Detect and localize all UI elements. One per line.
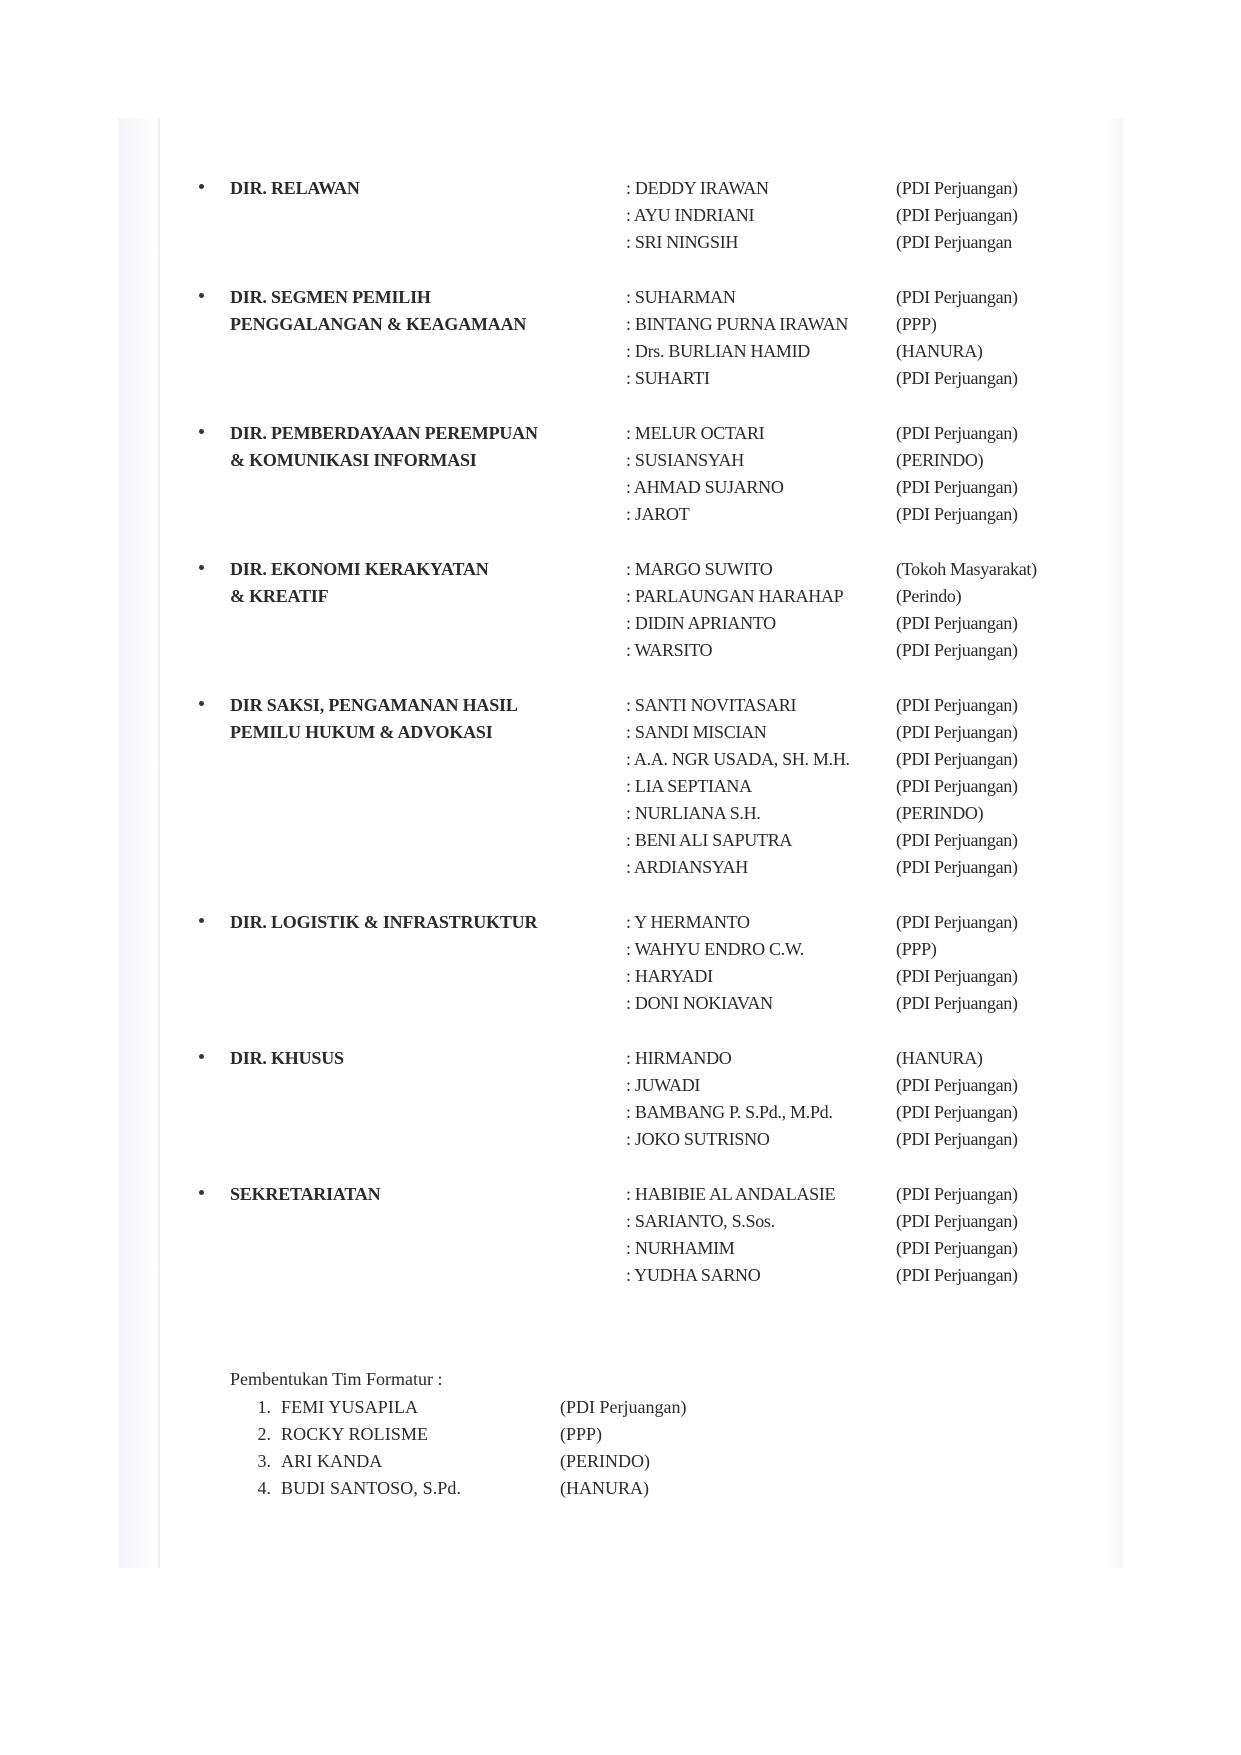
member-name: : MARGO SUWITO (626, 556, 896, 583)
member-party: (PDI Perjuangan) (896, 963, 1018, 990)
formatur-party: (PDI Perjuangan) (560, 1394, 686, 1421)
member-party: (PDI Perjuangan) (896, 175, 1018, 202)
bullet-icon (199, 293, 204, 298)
member-name: : BAMBANG P. S.Pd., M.Pd. (626, 1099, 896, 1126)
member-row: : JUWADI(PDI Perjuangan) (626, 1072, 1018, 1099)
member-party: (HANURA) (896, 338, 983, 365)
formatur-party: (PERINDO) (560, 1448, 650, 1475)
bullet-icon (199, 1054, 204, 1059)
member-list: : HIRMANDO(HANURA): JUWADI(PDI Perjuanga… (626, 1045, 1018, 1153)
member-party: (PDI Perjuangan) (896, 501, 1018, 528)
bullet-icon (199, 1190, 204, 1195)
member-row: : SARIANTO, S.Sos.(PDI Perjuangan) (626, 1208, 1018, 1235)
member-name: : SUSIANSYAH (626, 447, 896, 474)
member-row: : YUDHA SARNO(PDI Perjuangan) (626, 1262, 1018, 1289)
directorate-section: DIR. PEMBERDAYAAN PEREMPUAN& KOMUNIKASI … (0, 420, 1241, 528)
member-party: (PDI Perjuangan) (896, 637, 1018, 664)
formatur-name: BUDI SANTOSO, S.Pd. (281, 1475, 560, 1502)
directorate-title-line: DIR. KHUSUS (230, 1045, 610, 1072)
member-party: (HANURA) (896, 1045, 983, 1072)
directorate-section: DIR. RELAWAN: DEDDY IRAWAN(PDI Perjuanga… (0, 175, 1241, 256)
member-party: (PDI Perjuangan) (896, 746, 1018, 773)
formatur-party: (HANURA) (560, 1475, 649, 1502)
member-row: : DEDDY IRAWAN(PDI Perjuangan) (626, 175, 1018, 202)
directorate-section: DIR. LOGISTIK & INFRASTRUKTUR: Y HERMANT… (0, 909, 1241, 1017)
member-list: : MARGO SUWITO(Tokoh Masyarakat): PARLAU… (626, 556, 1037, 664)
member-row: : WARSITO(PDI Perjuangan) (626, 637, 1037, 664)
member-row: : NURHAMIM(PDI Perjuangan) (626, 1235, 1018, 1262)
member-row: : DONI NOKIAVAN(PDI Perjuangan) (626, 990, 1018, 1017)
formatur-item: 3.ARI KANDA(PERINDO) (230, 1448, 686, 1475)
directorate-title: DIR. KHUSUS (230, 1045, 610, 1072)
member-party: (PDI Perjuangan) (896, 202, 1018, 229)
bullet-icon (199, 701, 204, 706)
bullet-icon (199, 565, 204, 570)
directorate-title-line: DIR. RELAWAN (230, 175, 610, 202)
member-row: : WAHYU ENDRO C.W.(PPP) (626, 936, 1018, 963)
member-name: : LIA SEPTIANA (626, 773, 896, 800)
directorate-title: SEKRETARIATAN (230, 1181, 610, 1208)
member-party: (PDI Perjuangan) (896, 773, 1018, 800)
formatur-party: (PPP) (560, 1421, 602, 1448)
directorate-title: DIR. PEMBERDAYAAN PEREMPUAN& KOMUNIKASI … (230, 420, 610, 474)
member-row: : BENI ALI SAPUTRA(PDI Perjuangan) (626, 827, 1018, 854)
member-party: (PDI Perjuangan) (896, 1235, 1018, 1262)
member-row: : SUSIANSYAH(PERINDO) (626, 447, 1018, 474)
member-name: : SANDI MISCIAN (626, 719, 896, 746)
member-row: : JOKO SUTRISNO(PDI Perjuangan) (626, 1126, 1018, 1153)
formatur-title: Pembentukan Tim Formatur : (230, 1366, 686, 1393)
directorate-section: DIR. KHUSUS: HIRMANDO(HANURA): JUWADI(PD… (0, 1045, 1241, 1153)
directorate-title-line: DIR. PEMBERDAYAAN PEREMPUAN (230, 420, 610, 447)
directorate-section: DIR. SEGMEN PEMILIHPENGGALANGAN & KEAGAM… (0, 284, 1241, 392)
member-party: (PERINDO) (896, 800, 983, 827)
member-name: : SARIANTO, S.Sos. (626, 1208, 896, 1235)
member-name: : JAROT (626, 501, 896, 528)
member-row: : SUHARMAN(PDI Perjuangan) (626, 284, 1018, 311)
member-name: : JUWADI (626, 1072, 896, 1099)
formatur-number: 4. (241, 1475, 271, 1502)
member-row: : SANDI MISCIAN(PDI Perjuangan) (626, 719, 1018, 746)
member-name: : SANTI NOVITASARI (626, 692, 896, 719)
member-party: (PDI Perjuangan) (896, 474, 1018, 501)
directorate-title: DIR SAKSI, PENGAMANAN HASILPEMILU HUKUM … (230, 692, 610, 746)
member-row: : DIDIN APRIANTO(PDI Perjuangan) (626, 610, 1037, 637)
member-name: : WAHYU ENDRO C.W. (626, 936, 896, 963)
member-name: : WARSITO (626, 637, 896, 664)
member-row: : HIRMANDO(HANURA) (626, 1045, 1018, 1072)
member-row: : A.A. NGR USADA, SH. M.H.(PDI Perjuanga… (626, 746, 1018, 773)
formatur-number: 1. (241, 1394, 271, 1421)
bullet-icon (199, 429, 204, 434)
member-party: (PPP) (896, 311, 937, 338)
member-row: : ARDIANSYAH(PDI Perjuangan) (626, 854, 1018, 881)
member-name: : NURLIANA S.H. (626, 800, 896, 827)
member-name: : DIDIN APRIANTO (626, 610, 896, 637)
member-party: (PDI Perjuangan (896, 229, 1012, 256)
member-list: : DEDDY IRAWAN(PDI Perjuangan): AYU INDR… (626, 175, 1018, 256)
member-list: : HABIBIE AL ANDALASIE(PDI Perjuangan): … (626, 1181, 1018, 1289)
member-name: : BINTANG PURNA IRAWAN (626, 311, 896, 338)
member-row: : HABIBIE AL ANDALASIE(PDI Perjuangan) (626, 1181, 1018, 1208)
formatur-name: ARI KANDA (281, 1448, 560, 1475)
formatur-item: 2.ROCKY ROLISME(PPP) (230, 1421, 686, 1448)
member-party: (PDI Perjuangan) (896, 420, 1018, 447)
directorate-section: DIR SAKSI, PENGAMANAN HASILPEMILU HUKUM … (0, 692, 1241, 881)
member-name: : HABIBIE AL ANDALASIE (626, 1181, 896, 1208)
member-party: (PDI Perjuangan) (896, 990, 1018, 1017)
member-party: (PDI Perjuangan) (896, 284, 1018, 311)
directorate-title-line: PEMILU HUKUM & ADVOKASI (230, 719, 610, 746)
member-party: (PDI Perjuangan) (896, 692, 1018, 719)
member-name: : SUHARTI (626, 365, 896, 392)
member-name: : A.A. NGR USADA, SH. M.H. (626, 746, 896, 773)
formatur-name: FEMI YUSAPILA (281, 1394, 560, 1421)
member-name: : SRI NINGSIH (626, 229, 896, 256)
member-list: : SANTI NOVITASARI(PDI Perjuangan): SAND… (626, 692, 1018, 881)
member-party: (PDI Perjuangan) (896, 1126, 1018, 1153)
member-name: : JOKO SUTRISNO (626, 1126, 896, 1153)
member-party: (PDI Perjuangan) (896, 1262, 1018, 1289)
directorate-title: DIR. EKONOMI KERAKYATAN& KREATIF (230, 556, 610, 610)
member-party: (PDI Perjuangan) (896, 365, 1018, 392)
formatur-item: 4.BUDI SANTOSO, S.Pd.(HANURA) (230, 1475, 686, 1502)
member-party: (PDI Perjuangan) (896, 909, 1018, 936)
member-row: : Y HERMANTO(PDI Perjuangan) (626, 909, 1018, 936)
member-party: (Tokoh Masyarakat) (896, 556, 1037, 583)
directorate-title-line: DIR. SEGMEN PEMILIH (230, 284, 610, 311)
member-list: : Y HERMANTO(PDI Perjuangan): WAHYU ENDR… (626, 909, 1018, 1017)
member-name: : DEDDY IRAWAN (626, 175, 896, 202)
directorate-title: DIR. SEGMEN PEMILIHPENGGALANGAN & KEAGAM… (230, 284, 610, 338)
member-row: : NURLIANA S.H.(PERINDO) (626, 800, 1018, 827)
member-party: (PERINDO) (896, 447, 983, 474)
member-name: : MELUR OCTARI (626, 420, 896, 447)
formatur-team: Pembentukan Tim Formatur : 1.FEMI YUSAPI… (230, 1366, 686, 1502)
member-party: (PDI Perjuangan) (896, 827, 1018, 854)
member-row: : JAROT(PDI Perjuangan) (626, 501, 1018, 528)
member-row: : SANTI NOVITASARI(PDI Perjuangan) (626, 692, 1018, 719)
bullet-icon (199, 918, 204, 923)
member-party: (PDI Perjuangan) (896, 1072, 1018, 1099)
directorate-title-line: DIR. EKONOMI KERAKYATAN (230, 556, 610, 583)
formatur-item: 1.FEMI YUSAPILA(PDI Perjuangan) (230, 1394, 686, 1421)
member-party: (PDI Perjuangan) (896, 1099, 1018, 1126)
member-list: : MELUR OCTARI(PDI Perjuangan): SUSIANSY… (626, 420, 1018, 528)
member-name: : YUDHA SARNO (626, 1262, 896, 1289)
member-row: : AHMAD SUJARNO(PDI Perjuangan) (626, 474, 1018, 501)
member-list: : SUHARMAN(PDI Perjuangan): BINTANG PURN… (626, 284, 1018, 392)
member-party: (PDI Perjuangan) (896, 610, 1018, 637)
member-row: : Drs. BURLIAN HAMID(HANURA) (626, 338, 1018, 365)
formatur-number: 2. (241, 1421, 271, 1448)
member-name: : HIRMANDO (626, 1045, 896, 1072)
member-row: : PARLAUNGAN HARAHAP(Perindo) (626, 583, 1037, 610)
formatur-number: 3. (241, 1448, 271, 1475)
member-row: : AYU INDRIANI(PDI Perjuangan) (626, 202, 1018, 229)
member-row: : BAMBANG P. S.Pd., M.Pd.(PDI Perjuangan… (626, 1099, 1018, 1126)
directorate-title-line: PENGGALANGAN & KEAGAMAAN (230, 311, 610, 338)
member-name: : NURHAMIM (626, 1235, 896, 1262)
directorate-section: SEKRETARIATAN: HABIBIE AL ANDALASIE(PDI … (0, 1181, 1241, 1289)
member-party: (PDI Perjuangan) (896, 719, 1018, 746)
member-name: : AHMAD SUJARNO (626, 474, 896, 501)
member-party: (PDI Perjuangan) (896, 854, 1018, 881)
member-name: : Y HERMANTO (626, 909, 896, 936)
member-row: : BINTANG PURNA IRAWAN(PPP) (626, 311, 1018, 338)
directorate-title-line: SEKRETARIATAN (230, 1181, 610, 1208)
member-row: : SRI NINGSIH(PDI Perjuangan (626, 229, 1018, 256)
member-name: : ARDIANSYAH (626, 854, 896, 881)
member-party: (Perindo) (896, 583, 961, 610)
member-row: : MELUR OCTARI(PDI Perjuangan) (626, 420, 1018, 447)
member-row: : LIA SEPTIANA(PDI Perjuangan) (626, 773, 1018, 800)
directorate-title-line: & KOMUNIKASI INFORMASI (230, 447, 610, 474)
member-name: : SUHARMAN (626, 284, 896, 311)
bullet-icon (199, 184, 204, 189)
member-row: : MARGO SUWITO(Tokoh Masyarakat) (626, 556, 1037, 583)
directorate-list: DIR. RELAWAN: DEDDY IRAWAN(PDI Perjuanga… (0, 175, 1241, 1317)
member-party: (PDI Perjuangan) (896, 1181, 1018, 1208)
member-name: : PARLAUNGAN HARAHAP (626, 583, 896, 610)
directorate-title-line: & KREATIF (230, 583, 610, 610)
directorate-title-line: DIR. LOGISTIK & INFRASTRUKTUR (230, 909, 610, 936)
directorate-title: DIR. LOGISTIK & INFRASTRUKTUR (230, 909, 610, 936)
directorate-section: DIR. EKONOMI KERAKYATAN& KREATIF: MARGO … (0, 556, 1241, 664)
formatur-list: 1.FEMI YUSAPILA(PDI Perjuangan)2.ROCKY R… (230, 1394, 686, 1502)
member-party: (PPP) (896, 936, 937, 963)
member-name: : Drs. BURLIAN HAMID (626, 338, 896, 365)
member-party: (PDI Perjuangan) (896, 1208, 1018, 1235)
directorate-title-line: DIR SAKSI, PENGAMANAN HASIL (230, 692, 610, 719)
member-name: : DONI NOKIAVAN (626, 990, 896, 1017)
directorate-title: DIR. RELAWAN (230, 175, 610, 202)
member-name: : AYU INDRIANI (626, 202, 896, 229)
formatur-name: ROCKY ROLISME (281, 1421, 560, 1448)
member-name: : HARYADI (626, 963, 896, 990)
member-name: : BENI ALI SAPUTRA (626, 827, 896, 854)
member-row: : HARYADI(PDI Perjuangan) (626, 963, 1018, 990)
member-row: : SUHARTI(PDI Perjuangan) (626, 365, 1018, 392)
